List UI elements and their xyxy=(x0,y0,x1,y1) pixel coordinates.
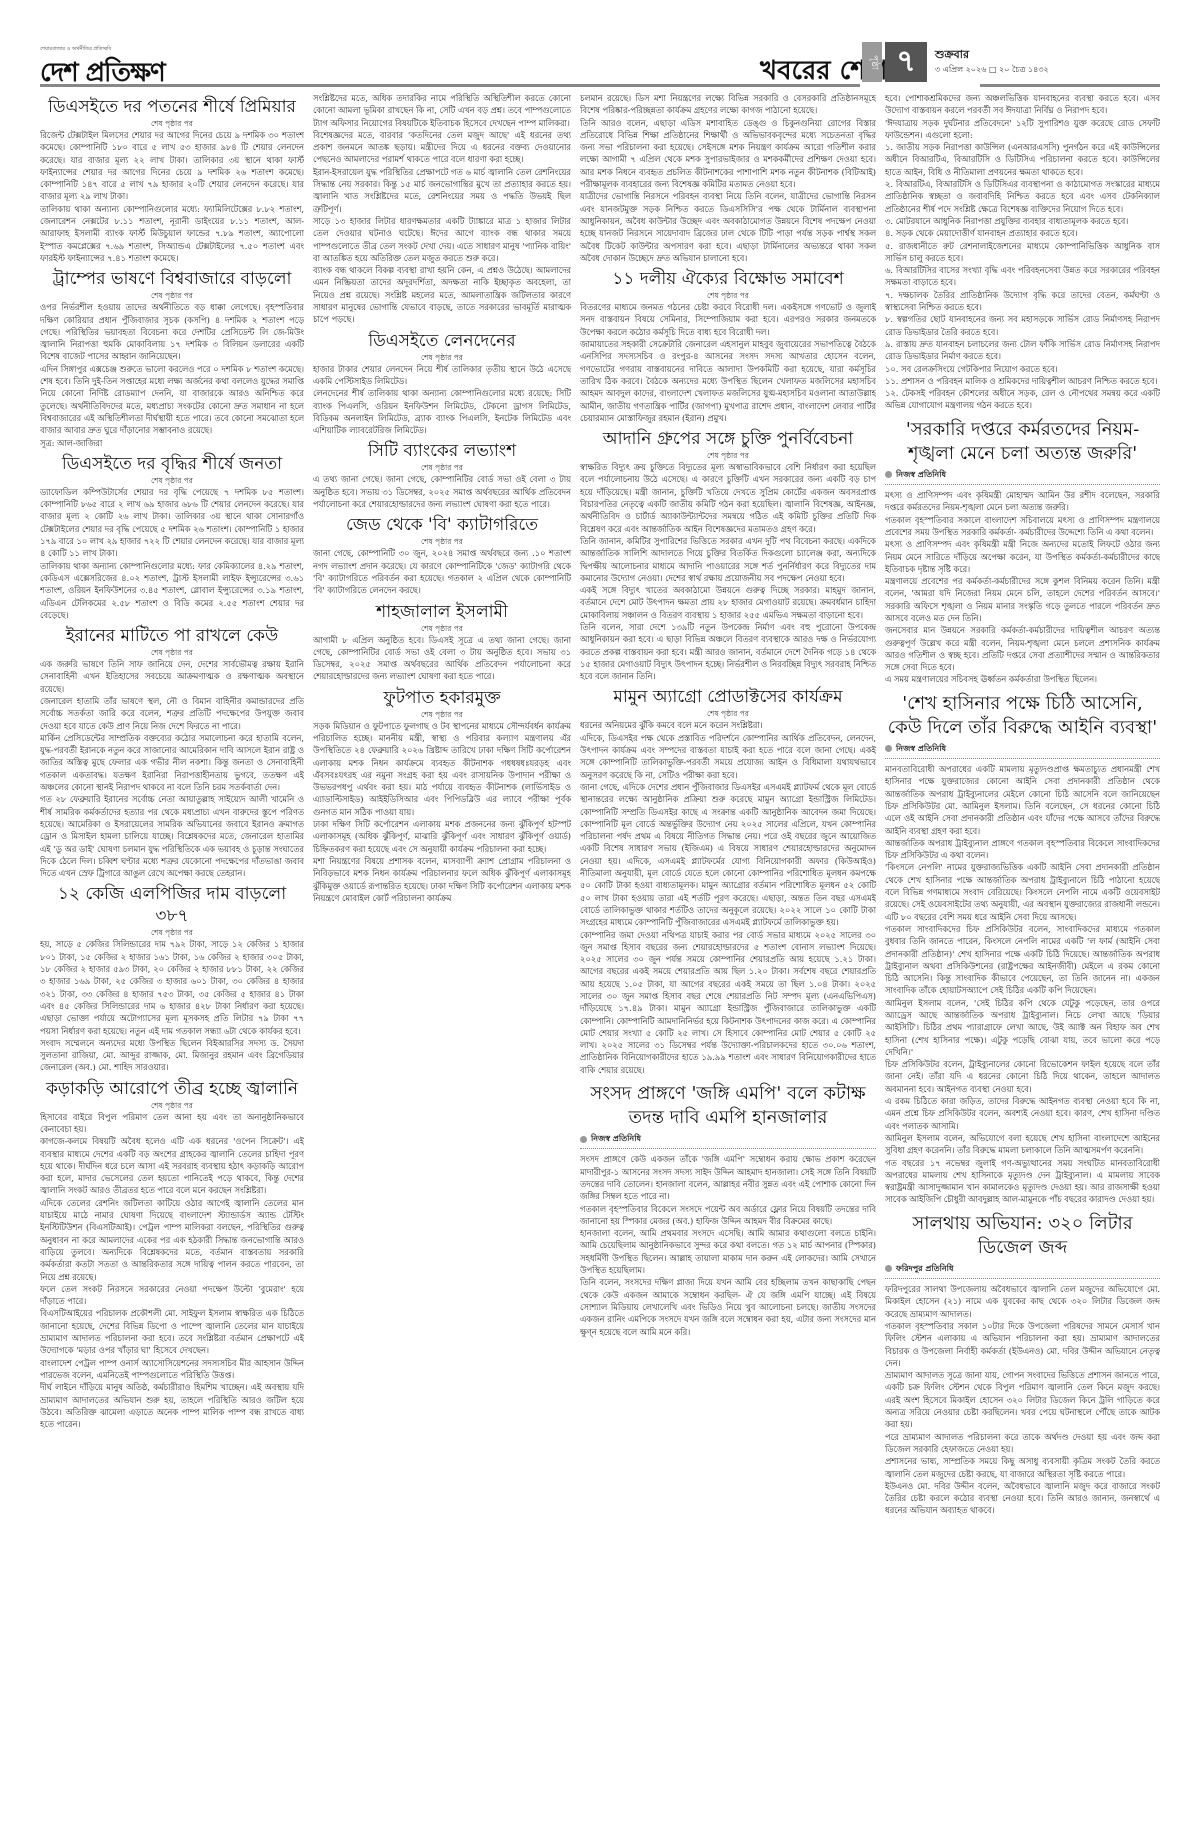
article-paragraph: মন্ত্রণালয়ে প্রবেশের পর কর্মকর্তা-কর্মচ… xyxy=(885,575,1160,624)
article-paragraph: সূত্র: আল-জাজিরা xyxy=(40,437,304,449)
article-headline[interactable]: 'সরকারি দপ্তরে কর্মরতদের নিয়ম-শৃঙ্খলা ম… xyxy=(885,418,1160,466)
article-paragraph: ৮. স্বল্পগতির ছোট যানবাহনের জন্য সব মহাস… xyxy=(885,313,1160,338)
article: ফুটপাত হকারমুক্তশেষ পৃষ্ঠার পরসড়ক মিডিয… xyxy=(313,687,571,904)
article-paragraph: এ তথ্য জানা গেছে। জানা গেছে, কোম্পানিটির… xyxy=(313,473,571,510)
article-headline[interactable]: ইরানের মাটিতে পা রাখলে কেউ xyxy=(40,625,304,647)
column-1: ডিএসইতে দর পতনের শীর্ষে প্রিমিয়ারশেষ পৃ… xyxy=(40,92,304,1812)
article-headline[interactable]: ডিএসইতে দর বৃদ্ধির শীর্ষে জনতা xyxy=(40,453,304,475)
article-paragraph: ভ্রাম্যমাণ আদালত সূত্রে জানা যায়, গোপন … xyxy=(885,1369,1160,1430)
article-paragraph: জানা গেছে, কোম্পানিটি ৩০ জুন, ২০২৪ সমাপ্… xyxy=(313,547,571,596)
article-paragraph: ১০. সব রেলক্রসিংয়ে গেটকিপার নিয়োগ করতে… xyxy=(885,363,1160,375)
article: আদানি গ্রুপের সঙ্গে চুক্তি পুনর্বিবেচনাশ… xyxy=(580,428,876,682)
article-paragraph: গত বছরের ১৭ নভেম্বর জুলাই গণ-অভ্যুত্থানে… xyxy=(885,1157,1160,1206)
article: ডিএসইতে দর বৃদ্ধির শীর্ষে জনতাশেষ পৃষ্ঠা… xyxy=(40,453,304,621)
article-paragraph: বিএসটিআইয়ের পরিচালক প্রকৌশলী মো. সাইফুল… xyxy=(40,1307,304,1356)
article: ডিএসইতে লেনদেনেরশেষ পৃষ্ঠার পরহাজার টাকা… xyxy=(313,330,571,437)
article-paragraph: সড়ক মিডিয়ান ও ফুটপাতে ফুলগাছ ও টব স্থা… xyxy=(313,720,571,818)
article-paragraph: ইরান-ইসরায়েল যুদ্ধ পরিস্থিতির প্রেক্ষাপ… xyxy=(313,166,571,215)
article-paragraph: ২. বিআরটিএ, বিআরটিসি ও ডিটিসিএর ব্যবস্থা… xyxy=(885,178,1160,215)
bullet-icon xyxy=(885,1265,892,1272)
article-paragraph: গতকাল বৃহস্পতিবার বিকেলে সংসদে পয়েন্ট অ… xyxy=(580,1203,876,1228)
article-paragraph: মানবতাবিরোধী অপরাধের একটি মামলায় মৃত্যু… xyxy=(885,763,1160,837)
article: মামুন অ্যাগ্রো প্রোডাক্টসের কার্যক্রমশেষ… xyxy=(580,686,876,1076)
article-headline[interactable]: আদানি গ্রুপের সঙ্গে চুক্তি পুনর্বিবেচনা xyxy=(580,428,876,450)
continued-label: শেষ পৃষ্ঠার পর xyxy=(40,647,304,658)
article-paragraph: বিতরণের মাধ্যমে জনমত গঠনের চেষ্টা করবে ব… xyxy=(580,301,876,338)
article-paragraph: মশা নিয়ন্ত্রণের বিষয়ে প্রশাসক বলেন, মা… xyxy=(313,855,571,904)
article: সিটি ব্যাংকের লভ্যাংশশেষ পৃষ্ঠার পরএ তথ্… xyxy=(313,440,571,510)
byline: নিজস্ব প্রতিনিধি xyxy=(885,468,1160,485)
article-headline[interactable]: ১১ দলীয় ঐক্যের বিক্ষোভ সমাবেশ xyxy=(580,268,876,290)
article-paragraph: ৬. বিআরটিসির বাসের সংখ্যা বৃদ্ধি এবং পরি… xyxy=(885,264,1160,289)
continued-label: শেষ পৃষ্ঠার পর xyxy=(40,118,304,129)
article: ১২ কেজি এলপিজির দাম বাড়লো ৩৮৭শেষ পৃষ্ঠা… xyxy=(40,883,304,1073)
article-headline[interactable]: ফুটপাত হকারমুক্ত xyxy=(313,687,571,709)
byline: নিজস্ব প্রতিনিধি xyxy=(885,742,1160,759)
continued-label: শেষ পৃষ্ঠার পর xyxy=(40,475,304,486)
article-paragraph: প্রশাসনের ভাষ্য, সাম্প্রতিক সময়ে কিছু অ… xyxy=(885,1455,1160,1480)
continued-label: শেষ পৃষ্ঠার পর xyxy=(313,462,571,473)
continued-label: শেষ পৃষ্ঠার পর xyxy=(313,623,571,634)
bullet-icon xyxy=(885,745,892,752)
article-paragraph: কাগজে-কলমে বিষয়টি অবৈধ হলেও এটি এক ধরনে… xyxy=(40,1135,304,1196)
article-paragraph: তালিকায় থাকা অন্যান্য কোম্পানিগুলোর মধ্… xyxy=(40,203,304,264)
article-paragraph: জনসেবার মান উন্নয়নে সরকারি কর্মকর্তা-কর… xyxy=(885,624,1160,673)
article: চলমান রয়েছে। ডিস মশা নিয়ন্ত্রণের লক্ষ্… xyxy=(580,92,876,264)
column-3: চলমান রয়েছে। ডিস মশা নিয়ন্ত্রণের লক্ষ্… xyxy=(580,92,876,1812)
column-2: সংশ্লিষ্টদের মতে, অধিক তদারকির নামে পরিস… xyxy=(313,92,571,1812)
continued-label: শেষ পৃষ্ঠার পর xyxy=(580,708,876,719)
bullet-icon xyxy=(580,1136,587,1143)
article-paragraph: হয়, সাড়ে ৫ কেজির সিলিন্ডারের দাম ৭৯২ ট… xyxy=(40,938,304,1036)
continued-label: শেষ পৃষ্ঠার পর xyxy=(580,290,876,301)
article-paragraph: তিনি জানান, কমিটির সুপারিশের ভিত্তিতে সর… xyxy=(580,535,876,584)
article-paragraph: হানজালা বলেন, আমি প্রথমবার সংসদে এসেছি। … xyxy=(580,1227,876,1276)
article-paragraph: স্বাক্ষরিত বিদ্যুৎ ক্রয় চুক্তিতে বিদ্যু… xyxy=(580,461,876,535)
continued-label: শেষ পৃষ্ঠার পর xyxy=(40,1100,304,1111)
byline: ফরিদপুর প্রতিনিধি xyxy=(885,1262,1160,1279)
article-paragraph: পরে ভ্রাম্যমাণ আদালত পরিচালনা করে তাকে অ… xyxy=(885,1431,1160,1456)
article-paragraph: সংসদ প্রাঙ্গণে কেউ একজন তাঁকে 'জঙ্গি এমপ… xyxy=(580,1153,876,1202)
continued-label: শেষ পৃষ্ঠার পর xyxy=(40,927,304,938)
article-headline[interactable]: ট্রাম্পের ভাষণে বিশ্ববাজারে বাড়লো xyxy=(40,268,304,290)
article-paragraph: 'কিংসলে নেপলি' নামের যুক্তরাজ্যভিত্তিক এ… xyxy=(885,861,1160,922)
article-paragraph: ওপর নির্ভরশীল হওয়ায় তাদের অর্থনীতিতে ব… xyxy=(40,301,304,362)
article: হবে। পোশাকশ্রমিকদের জন্য অঞ্চলভিত্তিক যা… xyxy=(885,92,1160,412)
article-paragraph: হিসাবের বাইরে বিপুল পরিমাণ তেল আনা হয় এ… xyxy=(40,1111,304,1136)
article-paragraph: বিশেষজ্ঞদের মতে, বারবার 'কতদিনের তেল মজু… xyxy=(313,129,571,166)
article-paragraph: যাত্রীদের ভোগান্তি নিরসনে পরিবহন ব্যবস্থ… xyxy=(580,190,876,264)
bullet-icon xyxy=(885,471,892,478)
article-headline[interactable]: 'শেখ হাসিনার পক্ষে চিঠি আসেনি, কেউ দিলে … xyxy=(885,692,1160,740)
article: জেড থেকে 'বি' ক্যাটাগরিতেশেষ পৃষ্ঠার পরজ… xyxy=(313,514,571,596)
article-paragraph: ১১. প্রশাসন ও পরিবহন মালিক ও শ্রমিকদের দ… xyxy=(885,375,1160,387)
article-paragraph: ফরিদপুরের সালথা উপজেলায় অবৈধভাবে জ্বালা… xyxy=(885,1283,1160,1320)
article-paragraph: হবে। পোশাকশ্রমিকদের জন্য অঞ্চলভিত্তিক যা… xyxy=(885,92,1160,117)
article-headline[interactable]: সালথায় অভিযান: ৩২০ লিটার ডিজেল জব্দ xyxy=(885,1212,1160,1260)
article-paragraph: মৎস্য ও প্রাণিসম্পদ এবং কৃষিমন্ত্রী মন্ত… xyxy=(885,538,1160,575)
article-headline[interactable]: ডিএসইতে লেনদেনের xyxy=(313,330,571,352)
article-paragraph: এক জরুরি ভাষণে তিনি সাফ জানিয়ে দেন, দেশ… xyxy=(40,658,304,695)
article: 'শেখ হাসিনার পক্ষে চিঠি আসেনি, কেউ দিলে … xyxy=(885,692,1160,1206)
continued-label: শেষ পৃষ্ঠার পর xyxy=(40,290,304,301)
article-paragraph: তালিকায় থাকা অন্যান্য কোম্পানিগুলোর মধ্… xyxy=(40,560,304,621)
article-paragraph: এদিকে, ডিএসইর পক্ষ থেকে প্রস্তাবিত পরিদর… xyxy=(580,732,876,781)
article-headline[interactable]: জেড থেকে 'বি' ক্যাটাগরিতে xyxy=(313,514,571,536)
article: ট্রাম্পের ভাষণে বিশ্ববাজারে বাড়লোশেষ পৃ… xyxy=(40,268,304,449)
article-paragraph: ৪. সড়ক থেকে মেয়াদোত্তীর্ণ যানবাহন প্রত… xyxy=(885,227,1160,239)
article-paragraph: সংশ্লিষ্টদের মতে, অধিক তদারকির নামে পরিস… xyxy=(313,92,571,129)
page-label: পৃষ্ঠা xyxy=(862,42,882,82)
article-paragraph: ঢাকা দক্ষিণ সিটি কর্পোরেশন এলাকায় মশক প… xyxy=(313,818,571,855)
article-paragraph: ৫. রাজধানীতে রুট রেশনালাইজেশনের মাধ্যমে … xyxy=(885,240,1160,265)
page-number: ৭ xyxy=(885,42,927,82)
article-headline[interactable]: মামুন অ্যাগ্রো প্রোডাক্টসের কার্যক্রম xyxy=(580,686,876,708)
article-paragraph: গতকাল বৃহস্পতিবার সকালে বাংলাদেশ সচিবালয… xyxy=(885,514,1160,539)
continued-label: শেষ পৃষ্ঠার পর xyxy=(313,536,571,547)
article-paragraph: এদিন সিঙ্গাপুর এক্সচেঞ্জ শুরুতে ভালো করল… xyxy=(40,363,304,437)
column-4: হবে। পোশাকশ্রমিকদের জন্য অঞ্চলভিত্তিক যা… xyxy=(885,92,1160,1812)
article-paragraph: মার্কিন প্রেসিডেন্টের সাম্প্রতিক বক্তব্য… xyxy=(40,732,304,793)
article-paragraph: এ সময় মন্ত্রণালয়ের সচিবসহ ঊর্ধ্বতন কর্… xyxy=(885,673,1160,685)
article-headline[interactable]: সিটি ব্যাংকের লভ্যাংশ xyxy=(313,440,571,462)
article: সংসদ প্রাঙ্গণে 'জঙ্গি এমপি' বলে কটাক্ষ ত… xyxy=(580,1082,876,1338)
article-paragraph: আন্তর্জাতিক অপরাধ ট্রাইব্যুনাল প্রাঙ্গণে… xyxy=(885,837,1160,862)
header-rule-right xyxy=(980,84,1160,87)
article-paragraph: ইউএনও মো. দবির উদ্দীন বলেন, অবৈধভাবে জ্ব… xyxy=(885,1480,1160,1517)
article-paragraph: ব্যাংক বন্ধ থাকলে বিকল্প ব্যবস্থা রাখা হ… xyxy=(313,264,571,325)
article: শাহজালাল ইসলামীশেষ পৃষ্ঠার পরআগামী ৮ এপ্… xyxy=(313,601,571,683)
article-paragraph: তিনি বলেন, সংসদের দক্ষিণ প্লাজা দিয়ে যখ… xyxy=(580,1276,876,1337)
article-paragraph: হাজার টাকার শেয়ার লেনদেন নিয়ে শীর্ষ তা… xyxy=(313,363,571,388)
article-paragraph: রিজেন্ট টেক্সটাইল মিলসের শেয়ার দর আগের … xyxy=(40,129,304,203)
article-paragraph: আমিনুল ইসলাম বলেন, 'সেই চিঠির কপি থেকে য… xyxy=(885,997,1160,1058)
header-rule-left xyxy=(40,84,860,87)
article-paragraph: তিনি বলেন, সারা দেশে ১৩৯টি নতুন উপকেন্দ্… xyxy=(580,621,876,682)
article-paragraph: গত ২৮ ফেব্রুয়ারি ইরানের সর্বোচ্চ নেতা আ… xyxy=(40,793,304,879)
article: ইরানের মাটিতে পা রাখলে কেউশেষ পৃষ্ঠার পর… xyxy=(40,625,304,879)
article-paragraph: একই সঙ্গে বিদ্যুৎ খাতের অবকাঠামো উন্নয়ন… xyxy=(580,584,876,621)
article-headline[interactable]: সংসদ প্রাঙ্গণে 'জঙ্গি এমপি' বলে কটাক্ষ ত… xyxy=(580,1082,876,1130)
date-full: ৩ এপ্রিল ২০২৬ □ ২০ চৈত্র ১৪৩২ xyxy=(935,64,1049,77)
article: সালথায় অভিযান: ৩২০ লিটার ডিজেল জব্দফরিদ… xyxy=(885,1212,1160,1517)
article: ডিএসইতে দর পতনের শীর্ষে প্রিমিয়ারশেষ পৃ… xyxy=(40,96,304,264)
article-paragraph: জামায়াতের সহকারী সেক্রেটারি জেনারেল এহস… xyxy=(580,338,876,424)
article-paragraph: কোম্পানির জমা দেওয়া নথিপত্র যাচাই করার … xyxy=(580,929,876,1077)
article: 'সরকারি দপ্তরে কর্মরতদের নিয়ম-শৃঙ্খলা ম… xyxy=(885,418,1160,686)
article-paragraph: জেনারেল হাতামি তাঁর ভাষণে স্থল, নৌ ও বিম… xyxy=(40,695,304,732)
article-paragraph: বাংলাদেশ পেট্রল পাম্প ওনার্স অ্যাসোসিয়ে… xyxy=(40,1357,304,1382)
article-paragraph: ফলে তেল সংকট নিরসনে সরকারের নেওয়া পদক্ষ… xyxy=(40,1283,304,1308)
article-paragraph: ড্যাফোডিল কম্পিউটার্সের শেয়ার দর বৃদ্ধি… xyxy=(40,486,304,560)
article-headline[interactable]: ১২ কেজি এলপিজির দাম বাড়লো ৩৮৭ xyxy=(40,883,304,927)
date-day: শুক্রবার xyxy=(935,46,969,65)
article-paragraph: সাড়ে ১৩ হাজার লিটার ধারণক্ষমতার একটি ট্… xyxy=(313,215,571,264)
article-paragraph: চিফ প্রসিকিউটর বলেন, ট্রাইব্যুনালের কোনো… xyxy=(885,1058,1160,1095)
continued-label: শেষ পৃষ্ঠার পর xyxy=(313,709,571,720)
article-headline[interactable]: ডিএসইতে দর পতনের শীর্ষে প্রিমিয়ার xyxy=(40,96,304,118)
article-paragraph: ধরনের অনিয়মের ঝুঁকি কমবে বলে মনে করেন স… xyxy=(580,719,876,731)
article-headline[interactable]: কড়াকড়ি আরোপে তীব্র হচ্ছে জ্বালানি xyxy=(40,1078,304,1100)
continued-label: শেষ পৃষ্ঠার পর xyxy=(580,450,876,461)
newspaper-logo[interactable]: দেশ প্রতিক্ষণ xyxy=(40,52,165,96)
article-paragraph: গতকাল সাংবাদিকদের চিফ প্রসিকিউটর বলেন, স… xyxy=(885,923,1160,997)
article-paragraph: আমিনুল ইসলাম বলেন, অভিযোগে বলা হয়েছে শে… xyxy=(885,1132,1160,1157)
article: ১১ দলীয় ঐক্যের বিক্ষোভ সমাবেশশেষ পৃষ্ঠা… xyxy=(580,268,876,424)
article-paragraph: 'ঈদযাত্রায় সড়ক দুর্ঘটনার প্রতিবেদনে' ১… xyxy=(885,117,1160,142)
article: কড়াকড়ি আরোপে তীব্র হচ্ছে জ্বালানিশেষ প… xyxy=(40,1078,304,1431)
article-paragraph: গতকাল বৃহস্পতিবার সকাল ১০টার দিকে উপজেলা… xyxy=(885,1320,1160,1369)
article-paragraph: আগামী ৮ এপ্রিল অনুষ্ঠিত হবে। ডিএসই সূত্র… xyxy=(313,634,571,683)
byline: নিজস্ব প্রতিনিধি xyxy=(580,1132,876,1149)
article-paragraph: তিনি আরও বলেন, এছাড়া এডিস মশাবাহিত ডেঙ্… xyxy=(580,117,876,191)
article-paragraph: এদিকে তেলের রেশনিং জটিলতা কাটিয়ে ওঠার আ… xyxy=(40,1197,304,1283)
article-paragraph: জানা গেছে, এদিকে দেশের প্রধান পুঁজিবাজার… xyxy=(580,781,876,929)
continued-label: শেষ পৃষ্ঠার পর xyxy=(313,352,571,363)
article-paragraph: ১. জাতীয় সড়ক নিরাপত্তা কাউন্সিল (এনআরএ… xyxy=(885,141,1160,178)
article-paragraph: ৯. রাস্তায় দ্রুত যানবাহন চলাচলের জন্য ট… xyxy=(885,338,1160,363)
article-paragraph: সংবাদ সম্মেলনে অন্যদের মধ্যে উপস্থিত ছিল… xyxy=(40,1037,304,1074)
article-paragraph: লেনদেনের শীর্ষ তালিকায় থাকা অন্যান্য কো… xyxy=(313,387,571,436)
article-paragraph: ৭. দক্ষচালক তৈরির প্রাতিষ্ঠানিক উদ্যোগ ব… xyxy=(885,289,1160,314)
article-headline[interactable]: শাহজালাল ইসলামী xyxy=(313,601,571,623)
article-paragraph: মৎস্য ও প্রাণিসম্পদ এবং কৃষিমন্ত্রী মোহা… xyxy=(885,489,1160,514)
article-paragraph: চলমান রয়েছে। ডিস মশা নিয়ন্ত্রণের লক্ষ্… xyxy=(580,92,876,117)
article-paragraph: ৩. মোটরযানে আধুনিক নিরাপত্তা প্রযুক্তির … xyxy=(885,215,1160,227)
article: সংশ্লিষ্টদের মতে, অধিক তদারকির নামে পরিস… xyxy=(313,92,571,326)
article-paragraph: দীর্ঘ লাইনে দাঁড়িয়ে মানুষ অতিষ্ঠ, কর্ম… xyxy=(40,1381,304,1430)
article-paragraph: ১২. টেকসই পরিবহন কৌশলের অধীনে সড়ক, রেল … xyxy=(885,387,1160,412)
article-paragraph: এ রকম চিঠিতে কারা জড়িত, তাদের বিরুদ্ধে … xyxy=(885,1095,1160,1132)
